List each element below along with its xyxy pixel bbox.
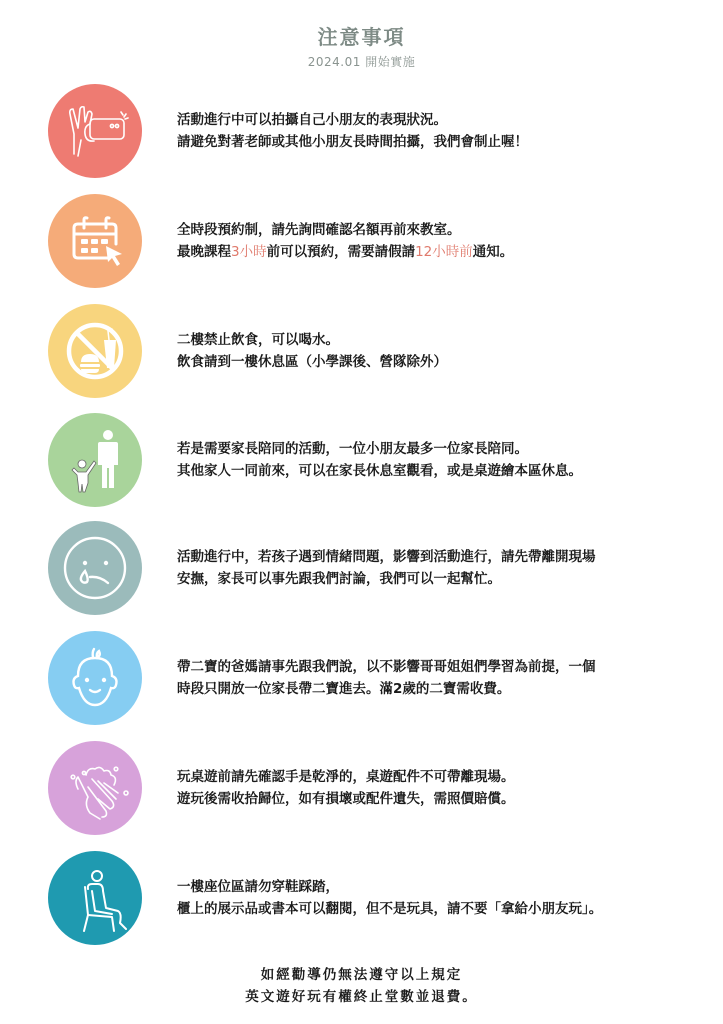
- footer-line: 如經勸導仍無法遵守以上規定: [0, 964, 723, 986]
- rule-line: 其他家人一同前來，可以在家長休息室觀看，或是桌遊繪本區休息。: [177, 460, 582, 482]
- rule-line: 時段只開放一位家長帶二寶進去。滿2歲的二寶需收費。: [177, 678, 596, 700]
- rule-text: 活動進行中，若孩子遇到情緒問題，影響到活動進行，請先帶離開現場 安撫，家長可以事…: [177, 546, 596, 590]
- calendar-booking-icon: [48, 194, 142, 288]
- text-segment: 通知。: [473, 244, 514, 260]
- rule-line: 安撫，家長可以事先跟我們討論，我們可以一起幫忙。: [177, 568, 596, 590]
- rule-photography: 活動進行中可以拍攝自己小朋友的表現狀況。 請避免對著老師或其他小朋友長時間拍攝，…: [48, 83, 688, 179]
- seated-person-icon: [48, 851, 142, 945]
- rule-board-games: 玩桌遊前請先確認手是乾淨的，桌遊配件不可帶離現場。 遊玩後需收拾歸位，如有損壞或…: [48, 740, 688, 836]
- rule-text: 全時段預約制，請先詢問確認名額再前來教室。 最晚課程3小時前可以預約，需要請假請…: [177, 219, 513, 263]
- rule-line: 一樓座位區請勿穿鞋踩踏，: [177, 876, 602, 898]
- rule-line: 最晚課程3小時前可以預約，需要請假請12小時前通知。: [177, 241, 513, 263]
- rule-parent-accompany: 若是需要家長陪同的活動，一位小朋友最多一位家長陪同。 其他家人一同前來，可以在家…: [48, 412, 688, 508]
- parent-child-icon: [48, 413, 142, 507]
- footer-line: 英文遊好玩有權終止堂數並退費。: [0, 986, 723, 1008]
- rule-seating-area: 一樓座位區請勿穿鞋踩踏， 櫃上的展示品或書本可以翻閱，但不是玩具，請不要「拿給小…: [48, 850, 688, 946]
- hand-washing-icon: [48, 741, 142, 835]
- rule-text: 帶二寶的爸媽請事先跟我們說，以不影響哥哥姐姐們學習為前提，一個 時段只開放一位家…: [177, 656, 596, 700]
- highlight-12-hours: 12小時前: [415, 244, 473, 260]
- baby-face-icon: [48, 631, 142, 725]
- no-food-drink-icon: [48, 304, 142, 398]
- footer-notice: 如經勸導仍無法遵守以上規定 英文遊好玩有權終止堂數並退費。: [0, 964, 723, 1008]
- rule-text: 一樓座位區請勿穿鞋踩踏， 櫃上的展示品或書本可以翻閱，但不是玩具，請不要「拿給小…: [177, 876, 602, 920]
- rule-line: 活動進行中可以拍攝自己小朋友的表現狀況。: [177, 109, 528, 131]
- effective-date: 2024.01 開始實施: [0, 53, 723, 70]
- text-segment: 最晚課程: [177, 244, 231, 260]
- rule-reservation: 全時段預約制，請先詢問確認名額再前來教室。 最晚課程3小時前可以預約，需要請假請…: [48, 193, 688, 289]
- rule-text: 玩桌遊前請先確認手是乾淨的，桌遊配件不可帶離現場。 遊玩後需收拾歸位，如有損壞或…: [177, 766, 515, 810]
- rule-line: 櫃上的展示品或書本可以翻閱，但不是玩具，請不要「拿給小朋友玩」。: [177, 898, 602, 920]
- rule-no-eating: 二樓禁止飲食，可以喝水。 飲食請到一樓休息區（小學課後、營隊除外）: [48, 303, 688, 399]
- highlight-3-hours: 3小時: [231, 244, 267, 260]
- rule-text: 活動進行中可以拍攝自己小朋友的表現狀況。 請避免對著老師或其他小朋友長時間拍攝，…: [177, 109, 528, 153]
- page-header: 注意事項 2024.01 開始實施: [0, 24, 723, 70]
- rule-siblings: 帶二寶的爸媽請事先跟我們說，以不影響哥哥姐姐們學習為前提，一個 時段只開放一位家…: [48, 630, 688, 726]
- rule-line: 全時段預約制，請先詢問確認名額再前來教室。: [177, 219, 513, 241]
- crying-face-icon: [48, 521, 142, 615]
- rule-line: 遊玩後需收拾歸位，如有損壞或配件遺失，需照價賠償。: [177, 788, 515, 810]
- rule-text: 二樓禁止飲食，可以喝水。 飲食請到一樓休息區（小學課後、營隊除外）: [177, 329, 447, 373]
- rule-line: 二樓禁止飲食，可以喝水。: [177, 329, 447, 351]
- rule-line: 請避免對著老師或其他小朋友長時間拍攝，我們會制止喔！: [177, 131, 528, 153]
- rule-line: 若是需要家長陪同的活動，一位小朋友最多一位家長陪同。: [177, 438, 582, 460]
- rule-line: 帶二寶的爸媽請事先跟我們說，以不影響哥哥姐姐們學習為前提，一個: [177, 656, 596, 678]
- phone-photo-icon: [48, 84, 142, 178]
- rule-text: 若是需要家長陪同的活動，一位小朋友最多一位家長陪同。 其他家人一同前來，可以在家…: [177, 438, 582, 482]
- rule-emotions: 活動進行中，若孩子遇到情緒問題，影響到活動進行，請先帶離開現場 安撫，家長可以事…: [48, 520, 688, 616]
- rule-line: 玩桌遊前請先確認手是乾淨的，桌遊配件不可帶離現場。: [177, 766, 515, 788]
- text-segment: 前可以預約，需要請假請: [267, 244, 416, 260]
- page-title: 注意事項: [0, 24, 723, 50]
- rule-line: 飲食請到一樓休息區（小學課後、營隊除外）: [177, 351, 447, 373]
- rule-line: 活動進行中，若孩子遇到情緒問題，影響到活動進行，請先帶離開現場: [177, 546, 596, 568]
